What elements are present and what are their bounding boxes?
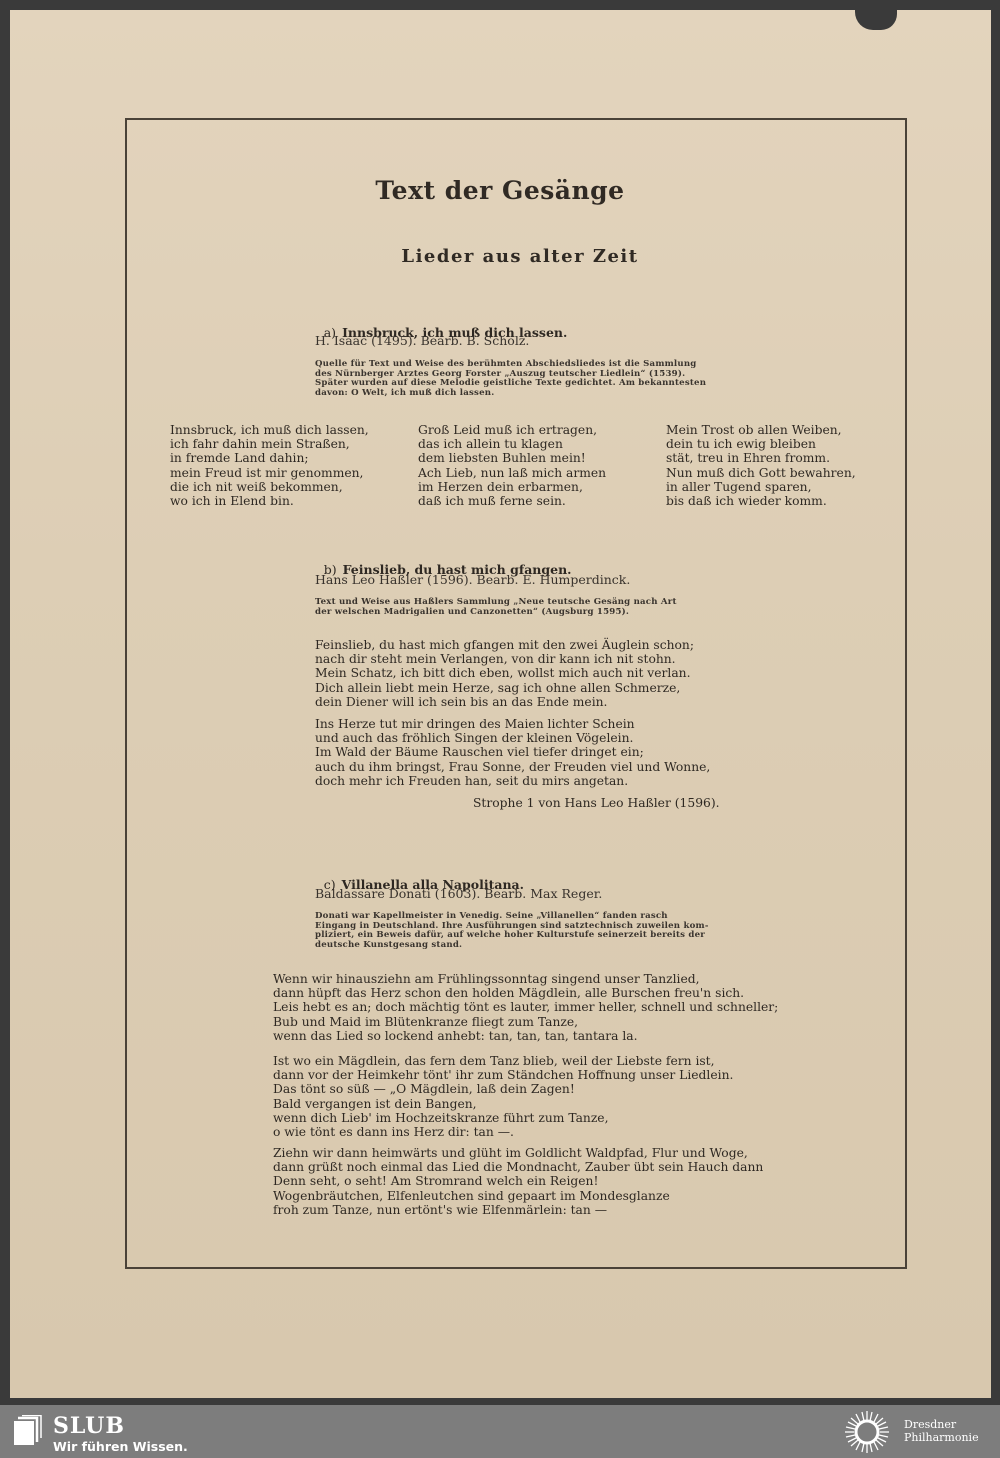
verse-line: Wenn wir hinausziehn am Frühlingssonntag… [273,972,778,986]
verse-line: in aller Tugend sparen, [666,480,856,494]
verse-line: Groß Leid muß ich ertragen, [418,423,606,437]
book-pages-icon [14,1415,42,1447]
song-a-stanza-2: Groß Leid muß ich ertragen,das ich allei… [418,423,606,508]
verse-line: dann grüßt noch einmal das Lied die Mond… [273,1160,763,1174]
verse-line: Bub und Maid im Blütenkranze fliegt zum … [273,1015,778,1029]
verse-line: das ich allein tu klagen [418,437,606,451]
song-a-stanza-1: Innsbruck, ich muß dich lassen,ich fahr … [170,423,369,508]
verse-line: Wogenbräutchen, Elfenleutchen sind gepaa… [273,1189,763,1203]
verse-line: und auch das fröhlich Singen der kleinen… [315,731,710,745]
verse-line: Bald vergangen ist dein Bangen, [273,1097,733,1111]
verse-line: Innsbruck, ich muß dich lassen, [170,423,369,437]
note-line: davon: O Welt, ich muß dich lassen. [315,389,706,399]
song-b-stanza-1: Feinslieb, du hast mich gfangen mit den … [315,638,694,709]
verse-line: Mein Trost ob allen Weiben, [666,423,856,437]
song-a-note: Quelle für Text und Weise des berühmten … [315,360,706,398]
verse-line: im Herzen dein erbarmen, [418,480,606,494]
slub-tagline: Wir führen Wissen. [53,1439,188,1454]
section-subtitle: Lieder aus alter Zeit [0,246,1000,267]
verse-line: Nun muß dich Gott bewahren, [666,466,856,480]
footer-bar: SLUB Wir führen Wissen. Dresdner Philhar… [0,1405,1000,1458]
verse-line: Feinslieb, du hast mich gfangen mit den … [315,638,694,652]
song-b-stanza-2: Ins Herze tut mir dringen des Maien lich… [315,717,710,788]
verse-line: wo ich in Elend bin. [170,494,369,508]
verse-line: wenn dich Lieb' im Hochzeitskranze führt… [273,1111,733,1125]
verse-line: bis daß ich wieder komm. [666,494,856,508]
verse-line: in fremde Land dahin; [170,451,369,465]
verse-line: dein Diener will ich sein bis an das End… [315,695,694,709]
verse-line: daß ich muß ferne sein. [418,494,606,508]
song-c-credit: Baldassare Donati (1603). Bearb. Max Reg… [315,886,602,901]
verse-line: Leis hebt es an; doch mächtig tönt es la… [273,1000,778,1014]
song-c-stanza-3: Ziehn wir dann heimwärts und glüht im Go… [273,1146,763,1217]
song-a-credit: H. Isaac (1495). Bearb. B. Scholz. [315,333,529,348]
verse-line: dann hüpft das Herz schon den holden Mäg… [273,986,778,1000]
verse-line: die ich nit weiß bekommen, [170,480,369,494]
verse-line: Ziehn wir dann heimwärts und glüht im Go… [273,1146,763,1160]
philharmonie-brand: Dresdner Philharmonie [904,1418,979,1444]
sunburst-ring-icon [842,1409,892,1455]
verse-line: dem liebsten Buhlen mein! [418,451,606,465]
song-b-attribution: Strophe 1 von Hans Leo Haßler (1596). [473,796,720,810]
verse-line: mein Freud ist mir genommen, [170,466,369,480]
verse-line: Dich allein liebt mein Herze, sag ich oh… [315,681,694,695]
verse-line: Ist wo ein Mägdlein, das fern dem Tanz b… [273,1054,733,1068]
verse-line: Ins Herze tut mir dringen des Maien lich… [315,717,710,731]
verse-line: Das tönt so süß — „O Mägdlein, laß dein … [273,1082,733,1096]
verse-line: Ach Lieb, nun laß mich armen [418,466,606,480]
verse-line: froh zum Tanze, nun ertönt's wie Elfenmä… [273,1203,763,1217]
page-title: Text der Gesänge [0,176,1000,205]
song-c-stanza-1: Wenn wir hinausziehn am Frühlingssonntag… [273,972,778,1043]
song-b-note: Text und Weise aus Haßlers Sammlung „Neu… [315,598,677,617]
verse-line: dann vor der Heimkehr tönt' ihr zum Stän… [273,1068,733,1082]
song-a-stanza-3: Mein Trost ob allen Weiben,dein tu ich e… [666,423,856,508]
verse-line: nach dir steht mein Verlangen, von dir k… [315,652,694,666]
song-c-note: Donati war Kapellmeister in Venedig. Sei… [315,912,709,950]
note-line: der welschen Madrigalien und Canzonetten… [315,608,677,618]
verse-line: o wie tönt es dann ins Herz dir: tan —. [273,1125,733,1139]
song-b-credit: Hans Leo Haßler (1596). Bearb. E. Humper… [315,572,630,587]
verse-line: Denn seht, o seht! Am Stromrand welch ei… [273,1174,763,1188]
verse-line: ich fahr dahin mein Straßen, [170,437,369,451]
verse-line: auch du ihm bringst, Frau Sonne, der Fre… [315,760,710,774]
slub-brand: SLUB [53,1413,125,1439]
verse-line: doch mehr ich Freuden han, seit du mirs … [315,774,710,788]
verse-line: dein tu ich ewig bleiben [666,437,856,451]
note-line: deutsche Kunstgesang stand. [315,941,709,951]
song-c-stanza-2: Ist wo ein Mägdlein, das fern dem Tanz b… [273,1054,733,1139]
verse-line: stät, treu in Ehren fromm. [666,451,856,465]
verse-line: Mein Schatz, ich bitt dich eben, wollst … [315,666,694,680]
verse-line: Im Wald der Bäume Rauschen viel tiefer d… [315,745,710,759]
verse-line: wenn das Lied so lockend anhebt: tan, ta… [273,1029,778,1043]
